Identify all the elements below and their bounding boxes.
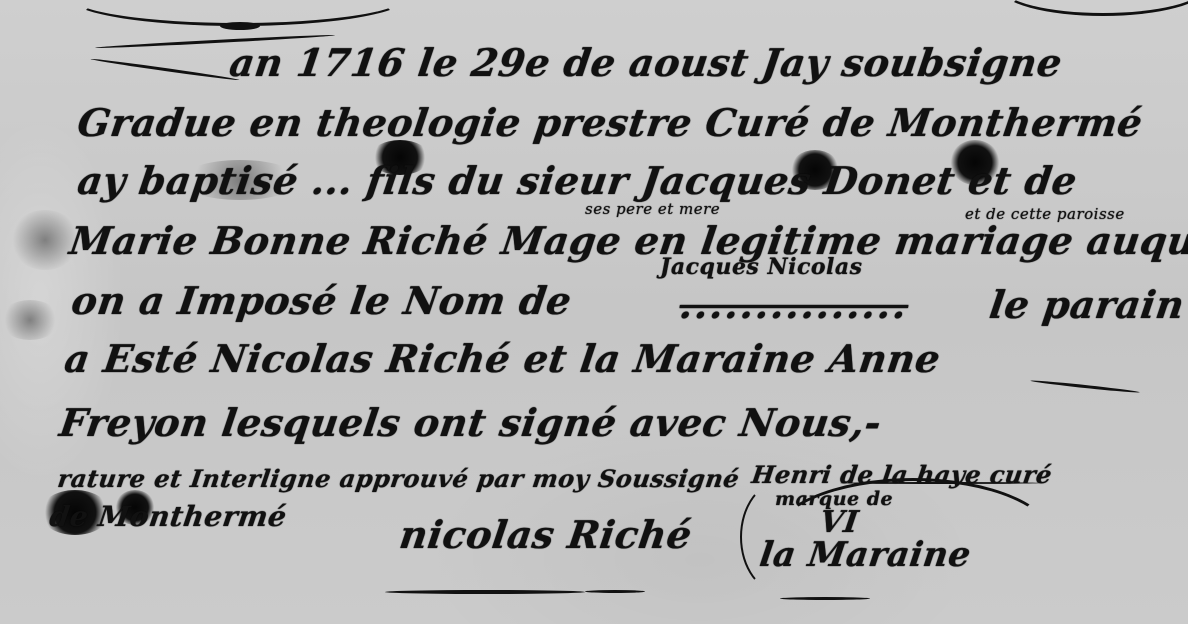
- text-line-3: ay baptisé ... fils du sieur Jacques Don…: [75, 158, 1080, 203]
- closing-rule-3: [780, 597, 870, 600]
- text-line-5: on a Imposé le Nom de: [69, 278, 575, 323]
- text-line-1: an 1716 le 29e de aoust Jay soubsigne: [227, 40, 1065, 85]
- text-line-5-end: le parain: [987, 282, 1188, 327]
- closing-rule: [385, 590, 585, 594]
- closing-rule-2: [585, 590, 645, 593]
- top-flourish-right: [1000, 0, 1188, 16]
- interlinear-parents: ses pere et mere: [585, 200, 720, 218]
- opening-scroll-stroke-2: [91, 58, 240, 82]
- text-line-2: Gradue en theologie prestre Curé de Mont…: [75, 100, 1146, 145]
- text-line-8: rature et Interligne approuvé par moy So…: [56, 464, 741, 493]
- signature-arc: [770, 478, 1056, 604]
- text-line-6: a Esté Nicolas Riché et la Maraine Anne: [62, 336, 943, 381]
- signature-nicolas-riche: nicolas Riché: [397, 512, 695, 557]
- text-line-4: Marie Bonne Riché Mage en legitime maria…: [67, 218, 1188, 263]
- interlinear-name: Jacques Nicolas: [660, 254, 863, 280]
- anne-tail-stroke: [1030, 379, 1140, 393]
- document-page: an 1716 le 29e de aoust Jay soubsigne Gr…: [0, 0, 1188, 624]
- text-line-7: Freyon lesquels ont signé avec Nous,-: [57, 400, 885, 445]
- opening-scroll-stroke-3: [220, 22, 260, 30]
- text-line-9: de Monthermé: [48, 500, 289, 533]
- struck-name: ...............: [677, 282, 912, 327]
- smudge: [0, 300, 60, 340]
